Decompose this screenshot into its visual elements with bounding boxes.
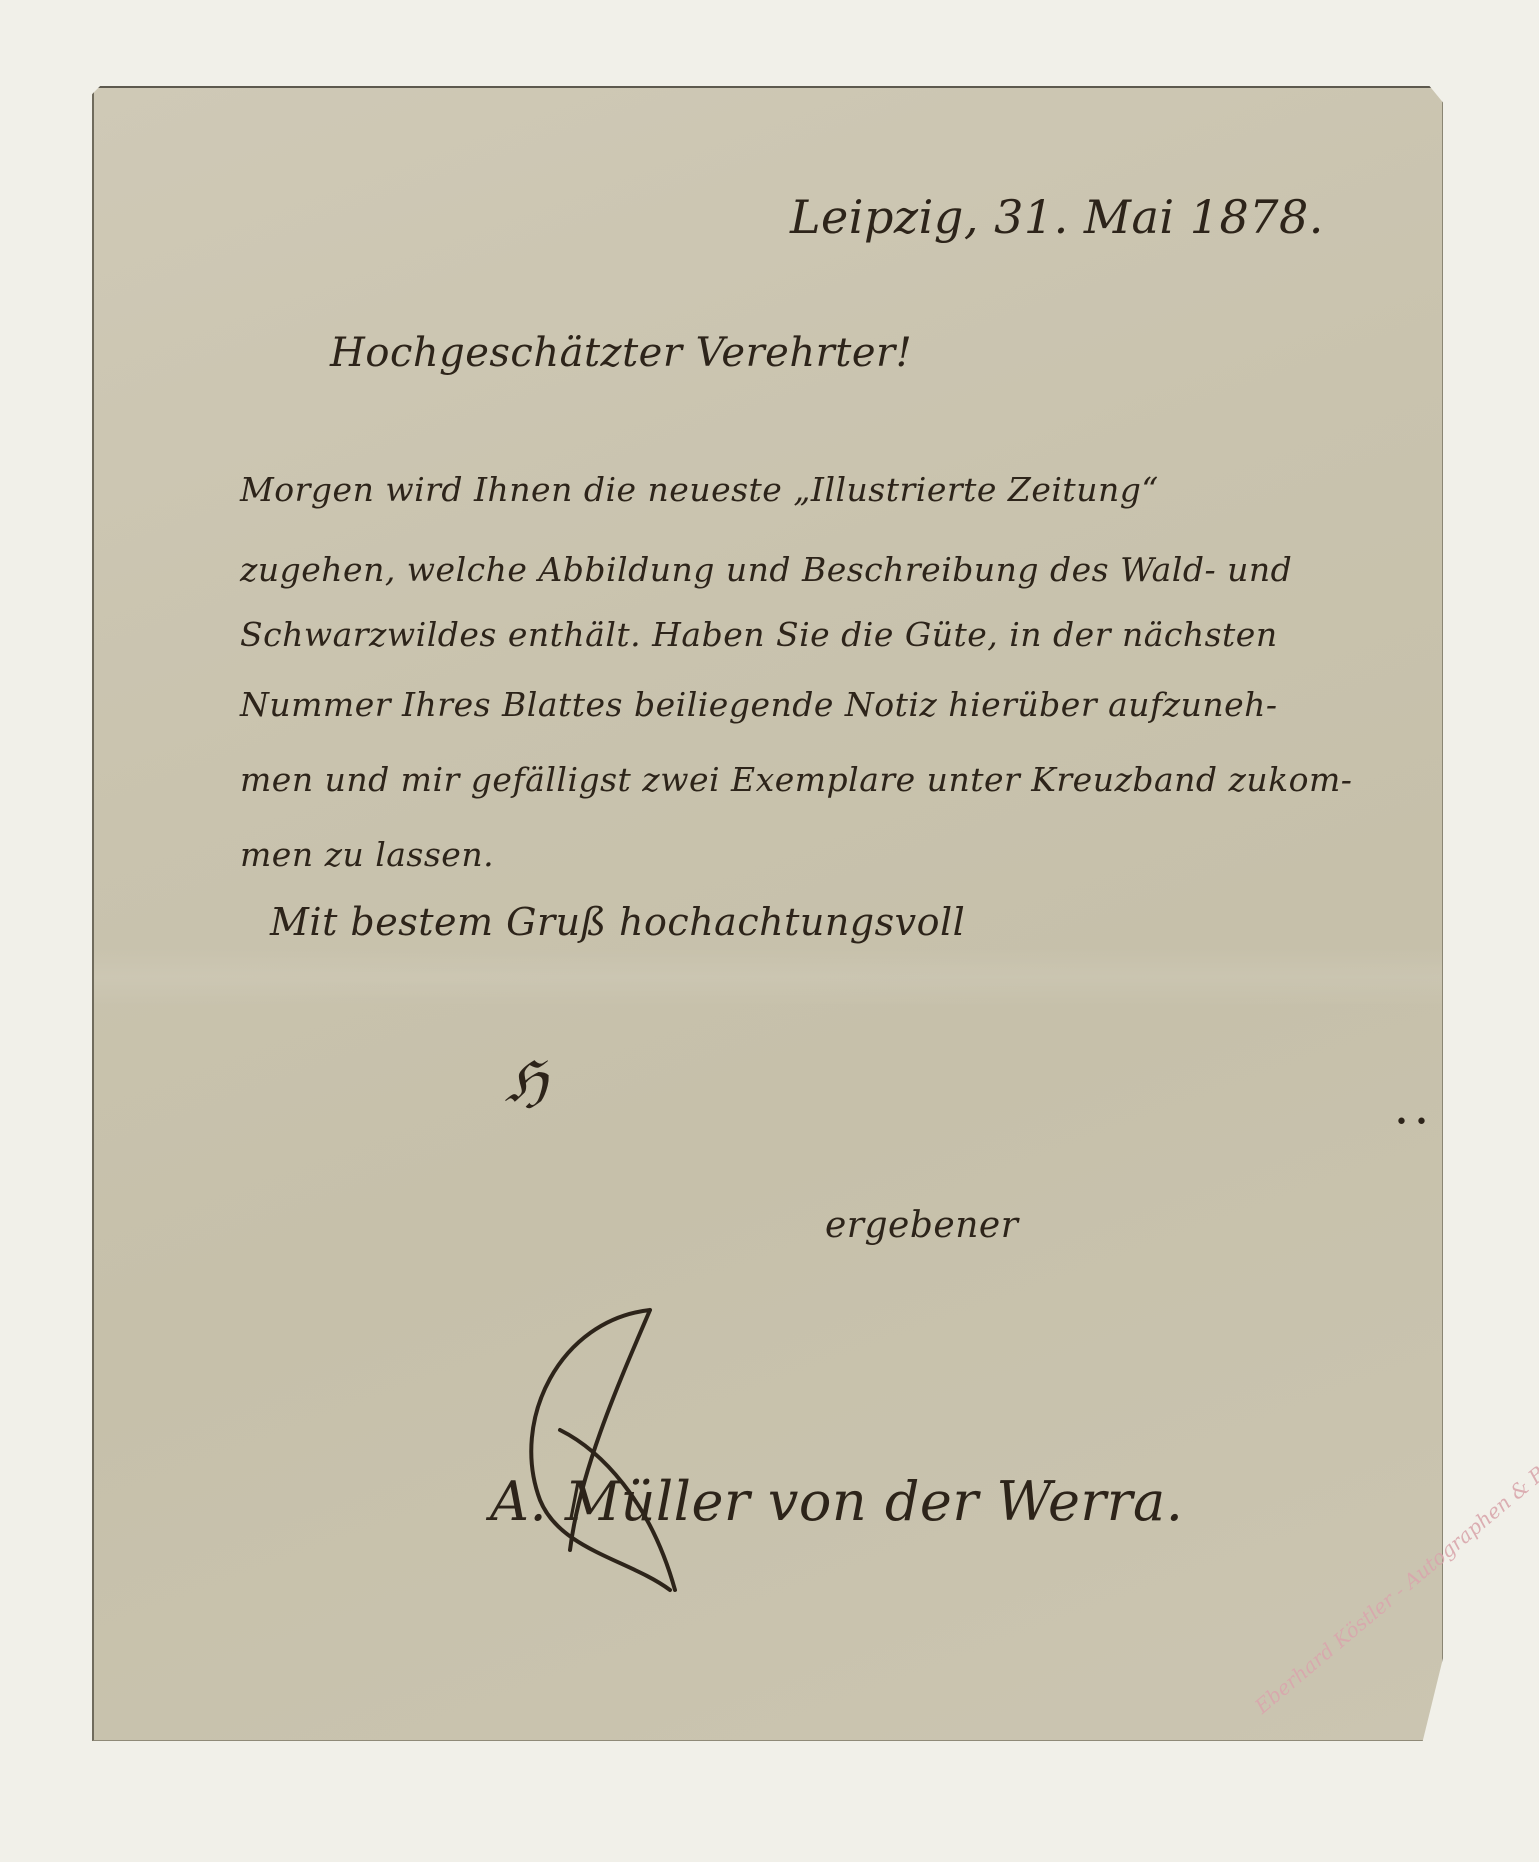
body-line: Morgen wird Ihnen die neueste „Illustrie… bbox=[240, 470, 1380, 509]
body-line: zugehen, welche Abbildung und Beschreibu… bbox=[240, 550, 1380, 589]
body-line: Nummer Ihres Blattes beiliegende Notiz h… bbox=[240, 685, 1380, 724]
signature: A. Müller von der Werra. bbox=[490, 1470, 1183, 1533]
ergebener-word: ergebener bbox=[825, 1205, 1018, 1246]
ink-spots: • • bbox=[1395, 1110, 1428, 1135]
body-line: Schwarzwildes enthält. Haben Sie die Güt… bbox=[240, 615, 1380, 654]
salutation: Hochgeschätzter Verehrter! bbox=[330, 330, 912, 376]
body-line: men und mir gefälligst zwei Exemplare un… bbox=[240, 760, 1380, 799]
paper-fold bbox=[94, 947, 1442, 1007]
closing-line: Mit bestem Gruß hochachtungsvoll bbox=[270, 900, 965, 944]
body-line: men zu lassen. bbox=[240, 835, 1380, 874]
handwritten-mark: ℌ bbox=[505, 1050, 548, 1115]
date-line: Leipzig, 31. Mai 1878. bbox=[790, 190, 1324, 244]
signature-flourish-icon bbox=[500, 1300, 740, 1600]
